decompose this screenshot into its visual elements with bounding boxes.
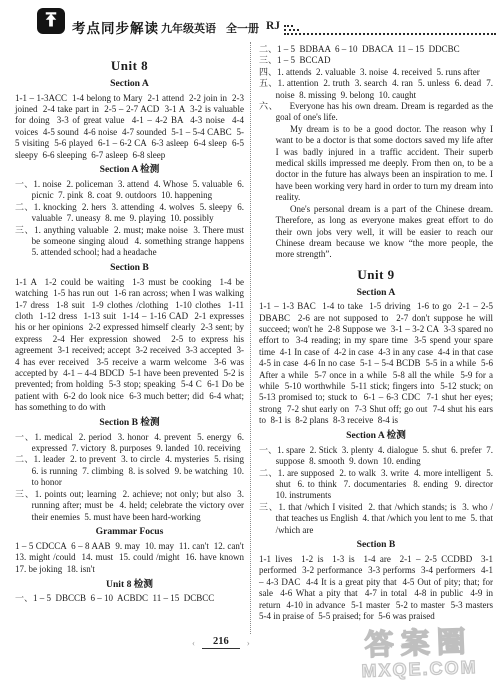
book-series-title: 考点同步解读	[72, 17, 159, 37]
essay-paragraph: One's personal dream is a part of the Ch…	[276, 204, 493, 261]
answer-paragraph: 二、1 – 5 BDBAA 6 – 10 DBACA 11 – 15 DDCBC	[259, 44, 493, 55]
essay-paragraph: My dream is to be a good doctor. The rea…	[276, 124, 493, 204]
brand-logo	[37, 8, 65, 34]
column-divider	[250, 42, 251, 634]
page-footer: ‹ 216 ›	[192, 636, 250, 649]
answer-paragraph: 六、 Everyone has his own dream. Dream is …	[259, 101, 493, 124]
answer-paragraph: 二、1. are supposed 2. to walk 3. write 4.…	[259, 468, 493, 502]
unit-heading: Unit 9	[259, 267, 493, 282]
section-heading: Section A 检测	[15, 164, 244, 176]
answer-paragraph: 一、1. medical 2. period 3. honor 4. preve…	[15, 432, 244, 455]
watermark-site: MXQE.COM	[338, 656, 500, 681]
section-heading: Section B	[259, 539, 493, 551]
section-heading: Grammar Focus	[15, 526, 244, 538]
answer-paragraph: 1 – 5 CDCCA 6 – 8 AAB 9. may 10. may 11.…	[15, 541, 244, 575]
left-column: Unit 8Section A1-1 – 1-3ACC 1-4 belong t…	[15, 52, 244, 605]
watermark: 答案圈 MXQE.COM	[337, 626, 500, 681]
answer-paragraph: 三、1. points out; learning 2. achieve; no…	[15, 489, 244, 523]
unit-heading: Unit 8	[15, 58, 244, 73]
answer-paragraph: 1-1 A 1-2 could be waiting 1-3 must be c…	[15, 277, 244, 414]
arrow-up-icon	[42, 10, 60, 33]
answer-paragraph: 1-1 – 1-3 BAC 1-4 to take 1-5 driving 1-…	[259, 301, 493, 426]
chevron-right-icon: ›	[247, 638, 250, 648]
book-volume-label: 全一册	[226, 20, 259, 36]
answer-paragraph: 一、1 – 5 DBCCB 6 – 10 ACBDC 11 – 15 DCBCC	[15, 593, 244, 604]
answer-paragraph: 五、1. attention 2. truth 3. search 4. ran…	[259, 78, 493, 101]
book-edition-label: RJ	[266, 20, 280, 32]
answer-paragraph: 三、1 – 5 BCCAD	[259, 55, 493, 66]
answer-paragraph: 一、1. noise 2. policeman 3. attend 4. Who…	[15, 179, 244, 202]
answer-paragraph: 二、1. leader 2. to prevent 3. to circle 4…	[15, 454, 244, 488]
watermark-text: 答案圈	[337, 626, 500, 662]
right-column: 二、1 – 5 BDBAA 6 – 10 DBACA 11 – 15 DDCBC…	[259, 44, 493, 622]
answer-book-page: 考点同步解读 九年级英语 全一册 RJ Unit 8Section A1-1 –…	[0, 0, 500, 681]
answer-paragraph: 二、1. knocking 2. hers 3. attending 4. wo…	[15, 202, 244, 225]
answer-paragraph: 三、1. anything valuable 2. must; make noi…	[15, 225, 244, 259]
section-heading: Section B 检测	[15, 417, 244, 429]
section-heading: Unit 8 检测	[15, 579, 244, 591]
chevron-left-icon: ‹	[192, 638, 195, 648]
dotted-rule	[284, 25, 496, 37]
section-heading: Section A	[15, 78, 244, 90]
book-grade-label: 九年级英语	[161, 20, 216, 36]
section-heading: Section B	[15, 262, 244, 274]
section-heading: Section A	[259, 287, 493, 299]
answer-paragraph: 四、1. attends 2. valuable 3. noise 4. rec…	[259, 67, 493, 78]
answer-paragraph: 1-1 – 1-3ACC 1-4 belong to Mary 2-1 atte…	[15, 93, 244, 161]
answer-paragraph: 三、1. that /which I visited 2. that /whic…	[259, 502, 493, 536]
page-number: 216	[202, 636, 240, 649]
answer-paragraph: 一、1. spare 2. Stick 3. plenty 4. dialogu…	[259, 445, 493, 468]
answer-paragraph: 1-1 lives 1-2 is 1-3 is 1-4 are 2-1 – 2-…	[259, 554, 493, 622]
section-heading: Section A 检测	[259, 430, 493, 442]
